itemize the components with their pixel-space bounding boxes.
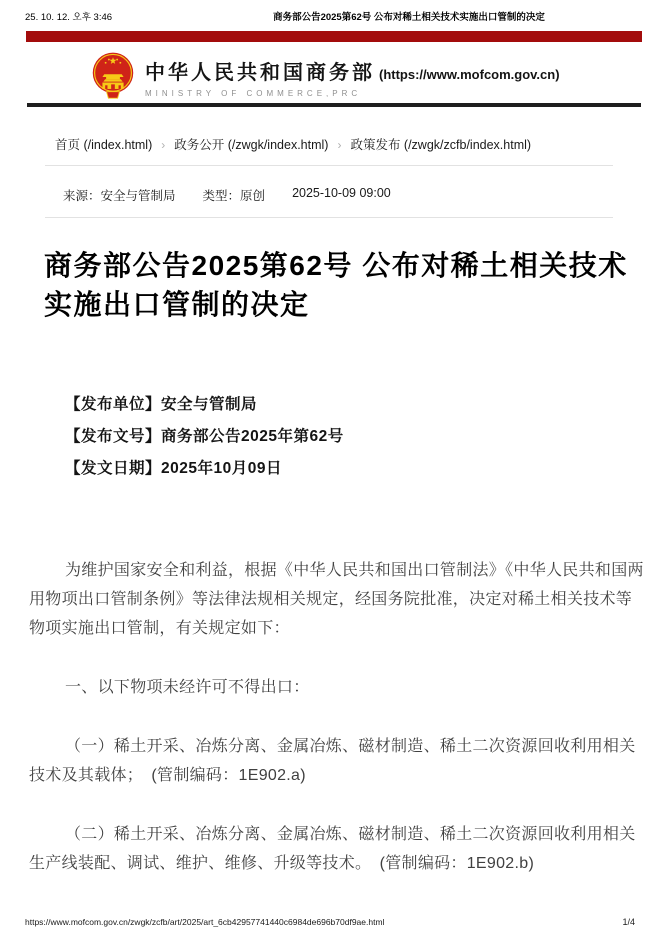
info-line-doc-number: 【发布文号】商务部公告2025年第62号 xyxy=(65,421,344,453)
meta-type-label: 类型： xyxy=(203,189,241,203)
breadcrumb-item-zwgk[interactable]: 政务公开 (/zwgk/index.html) xyxy=(174,138,328,152)
meta-type-value: 原创 xyxy=(240,189,265,203)
header-divider xyxy=(27,103,641,107)
info-line-issue-date: 【发文日期】2025年10月09日 xyxy=(65,453,344,485)
print-page: 25. 10. 12. 오후 3:46 商务部公告2025第62号 公布对稀土相… xyxy=(0,0,668,944)
ministry-name: 中华人民共和国商务部 xyxy=(145,56,375,85)
article-paragraph: （二）稀土开采、冶炼分离、金属冶炼、磁材制造、稀土二次资源回收利用相关生产线装配… xyxy=(29,820,644,878)
breadcrumb-divider xyxy=(45,165,613,166)
breadcrumb-item-zcfb[interactable]: 政策发布 (/zwgk/zcfb/index.html) xyxy=(350,138,531,152)
meta-source-value: 安全与管制局 xyxy=(101,189,176,203)
meta-source-label: 来源： xyxy=(63,189,101,203)
meta-type: 类型：原创 xyxy=(203,186,266,204)
site-header: 中华人民共和国商务部 (https://www.mofcom.gov.cn) M… xyxy=(90,50,560,103)
brand-block: 中华人民共和国商务部 (https://www.mofcom.gov.cn) M… xyxy=(145,56,560,98)
article-meta: 来源：安全与管制局 类型：原创 2025-10-09 09:00 xyxy=(63,186,391,204)
article-paragraph: 一、以下物项未经许可不得出口： xyxy=(29,673,644,702)
breadcrumb-separator-icon: › xyxy=(337,138,341,152)
article-info-block: 【发布单位】安全与管制局 【发布文号】商务部公告2025年第62号 【发文日期】… xyxy=(65,389,344,485)
article-paragraph: （一）稀土开采、冶炼分离、金属冶炼、磁材制造、稀土二次资源回收利用相关技术及其载… xyxy=(29,732,644,790)
breadcrumb-item-home[interactable]: 首页 (/index.html) xyxy=(55,138,152,152)
print-header-title: 商务部公告2025第62号 公布对稀土相关技术实施出口管制的决定 xyxy=(175,9,643,23)
footer-source-url: https://www.mofcom.gov.cn/zwgk/zcfb/art/… xyxy=(25,917,384,927)
breadcrumb: 首页 (/index.html)›政务公开 (/zwgk/index.html)… xyxy=(55,135,531,153)
ministry-name-en: MINISTRY OF COMMERCE,PRC xyxy=(145,89,560,98)
article-title: 商务部公告2025第62号 公布对稀土相关技术实施出口管制的决定 xyxy=(44,246,644,324)
meta-source: 来源：安全与管制局 xyxy=(63,186,176,204)
breadcrumb-separator-icon: › xyxy=(161,138,165,152)
ministry-url-link[interactable]: (https://www.mofcom.gov.cn) xyxy=(379,67,560,82)
print-header-datetime: 25. 10. 12. 오후 3:46 xyxy=(25,9,112,23)
article-paragraph: 为维护国家安全和利益，根据《中华人民共和国出口管制法》《中华人民共和国两用物项出… xyxy=(29,556,644,643)
print-header: 25. 10. 12. 오후 3:46 商务部公告2025第62号 公布对稀土相… xyxy=(25,9,643,23)
meta-publish-datetime: 2025-10-09 09:00 xyxy=(292,186,391,204)
header-red-bar xyxy=(26,31,642,42)
info-line-publisher: 【发布单位】安全与管制局 xyxy=(65,389,344,421)
article-body: 为维护国家安全和利益，根据《中华人民共和国出口管制法》《中华人民共和国两用物项出… xyxy=(29,556,644,908)
footer-page-number: 1/4 xyxy=(622,917,635,927)
national-emblem-logo[interactable] xyxy=(90,51,136,103)
print-footer: https://www.mofcom.gov.cn/zwgk/zcfb/art/… xyxy=(25,917,635,927)
meta-divider xyxy=(45,217,613,218)
